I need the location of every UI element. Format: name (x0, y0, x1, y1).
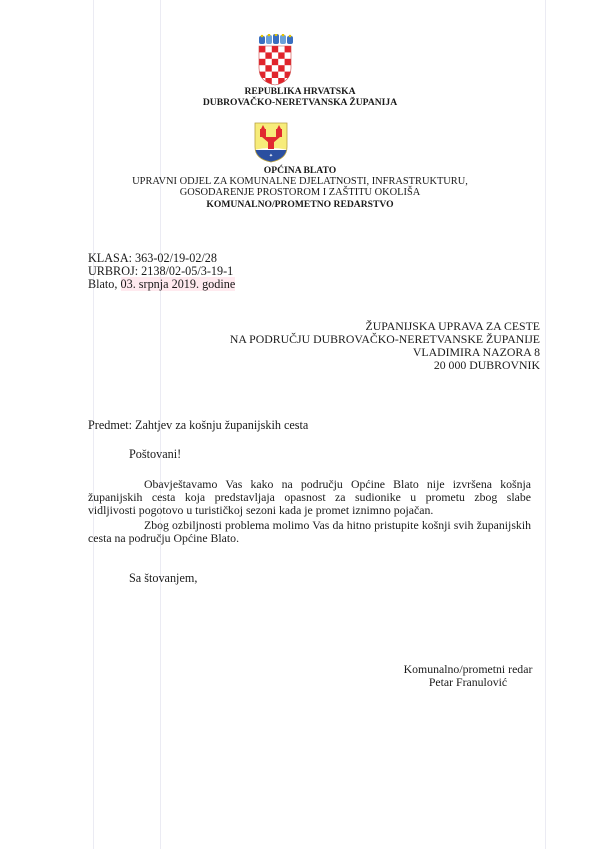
county-name: DUBROVAČKO-NERETVANSKA ŽUPANIJA (150, 97, 450, 108)
croatia-coat-of-arms-icon (255, 34, 295, 86)
department-line-2: GOSODARENJE PROSTOROM I ZAŠTITU OKOLIŠA (80, 187, 520, 198)
place: Blato, (88, 277, 121, 291)
recipient-city: 20 000 DUBROVNIK (434, 359, 540, 372)
municipality-name: OPĆINA BLATO (150, 165, 450, 176)
subject: Predmet: Zahtjev za košnju županijskih c… (88, 419, 308, 432)
greeting: Poštovani! (129, 448, 181, 461)
paragraph-1: Obavještavamo Vas kako na području Općin… (88, 478, 531, 517)
svg-text:✦: ✦ (269, 153, 273, 159)
paragraph-line: vidljivosti pogotovo u turističkoj sezon… (88, 504, 531, 517)
service-name: KOMUNALNO/PROMETNO REDARSTVO (80, 199, 520, 210)
signature-name: Petar Franulović (380, 676, 556, 689)
paragraph-2: Zbog ozbiljnosti problema molimo Vas da … (88, 519, 531, 545)
department-line-1: UPRAVNI ODJEL ZA KOMUNALNE DJELATNOSTI, … (80, 176, 520, 187)
date: 03. srpnja 2019. godine (121, 277, 236, 291)
blato-coat-of-arms-icon: ✦ (253, 121, 289, 163)
closing: Sa štovanjem, (129, 572, 197, 585)
paragraph-line: cesta na području Općine Blato. (88, 532, 531, 545)
place-date: Blato, 03. srpnja 2019. godine (88, 278, 235, 291)
scan-artifact-line (545, 0, 546, 849)
state-name: REPUBLIKA HRVATSKA (150, 86, 450, 97)
